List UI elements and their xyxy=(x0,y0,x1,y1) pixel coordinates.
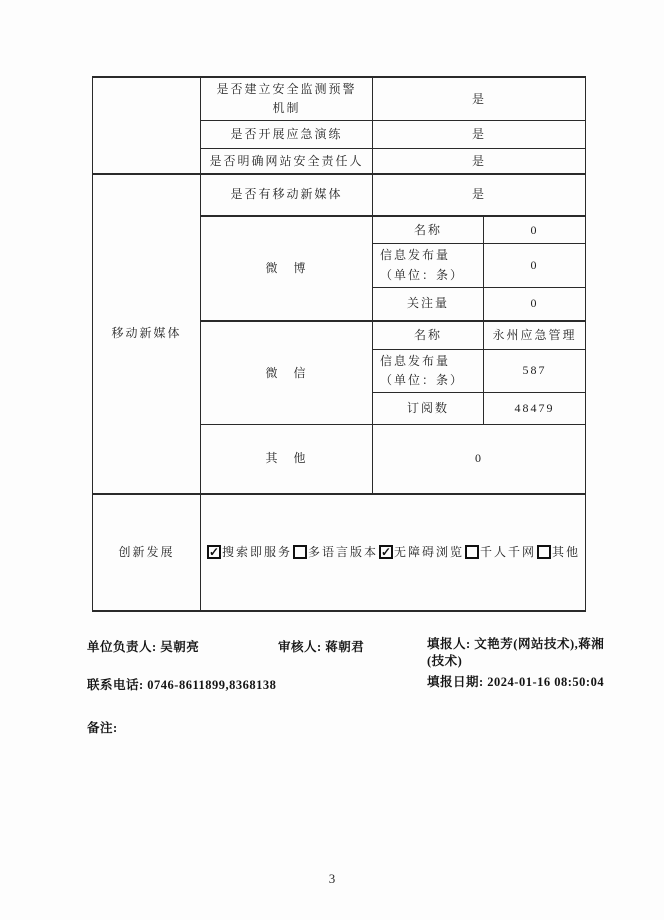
has-mobile-media-label: 是否有移动新媒体 xyxy=(201,174,373,216)
innovation-options-cell: ✓搜索即服务多语言版本✓无障碍浏览千人千网其他 xyxy=(201,494,586,611)
innovation-option-label: 其他 xyxy=(552,543,580,562)
wechat-posts-value: 587 xyxy=(484,349,586,392)
other-media-label: 其 他 xyxy=(201,425,373,494)
report-page: 是否建立安全监测预警 机制 是 是否开展应急演练 是 是否明确网站安全责任人 是… xyxy=(0,0,664,920)
wechat-posts-label: 信息发布量 （单位：条） xyxy=(373,349,484,392)
wechat-subscribers-label: 订阅数 xyxy=(373,393,484,425)
wechat-name-label: 名称 xyxy=(373,321,484,349)
contact-phone: 联系电话: 0746-8611899,8368138 xyxy=(87,677,276,694)
innovation-options: ✓搜索即服务多语言版本✓无障碍浏览千人千网其他 xyxy=(207,543,579,562)
checkbox-checked-icon: ✓ xyxy=(207,545,221,559)
has-mobile-media-value: 是 xyxy=(373,174,586,216)
innovation-option-label: 千人千网 xyxy=(480,543,536,562)
security-row-label: 是否开展应急演练 xyxy=(201,121,373,149)
innovation-option-label: 搜索即服务 xyxy=(222,543,292,562)
auditor: 审核人: 蒋朝君 xyxy=(278,639,364,656)
checkbox-unchecked-icon xyxy=(537,545,551,559)
other-media-value: 0 xyxy=(373,425,586,494)
security-row-value: 是 xyxy=(373,121,586,149)
report-filler: 填报人: 文艳芳(网站技术),蒋湘 (技术) xyxy=(427,636,627,670)
innovation-option-label: 多语言版本 xyxy=(308,543,378,562)
weibo-followers-label: 关注量 xyxy=(373,287,484,321)
report-table: 是否建立安全监测预警 机制 是 是否开展应急演练 是 是否明确网站安全责任人 是… xyxy=(92,76,586,612)
unit-responsible-person: 单位负责人: 吴朝亮 xyxy=(87,639,199,656)
security-row-label: 是否明确网站安全责任人 xyxy=(201,149,373,174)
security-row-label: 是否建立安全监测预警 机制 xyxy=(201,77,373,121)
wechat-cell: 微 信 xyxy=(201,321,373,424)
security-row-value: 是 xyxy=(373,149,586,174)
security-row-value: 是 xyxy=(373,77,586,121)
remarks-label: 备注: xyxy=(87,720,118,737)
weibo-name-label: 名称 xyxy=(373,216,484,244)
weibo-followers-value: 0 xyxy=(484,287,586,321)
weibo-posts-value: 0 xyxy=(484,244,586,287)
page-number: 3 xyxy=(0,871,664,887)
category-cell-empty xyxy=(93,77,201,174)
innovation-option-label: 无障碍浏览 xyxy=(394,543,464,562)
checkbox-checked-icon: ✓ xyxy=(379,545,393,559)
weibo-posts-label: 信息发布量 （单位：条） xyxy=(373,244,484,287)
wechat-subscribers-value: 48479 xyxy=(484,393,586,425)
wechat-name-value: 永州应急管理 xyxy=(484,321,586,349)
report-date: 填报日期: 2024-01-16 08:50:04 xyxy=(427,674,604,691)
category-cell-innovation: 创新发展 xyxy=(93,494,201,611)
checkbox-unchecked-icon xyxy=(465,545,479,559)
weibo-cell: 微 博 xyxy=(201,216,373,321)
category-cell-mobile-media: 移动新媒体 xyxy=(93,174,201,494)
weibo-name-value: 0 xyxy=(484,216,586,244)
checkbox-unchecked-icon xyxy=(293,545,307,559)
